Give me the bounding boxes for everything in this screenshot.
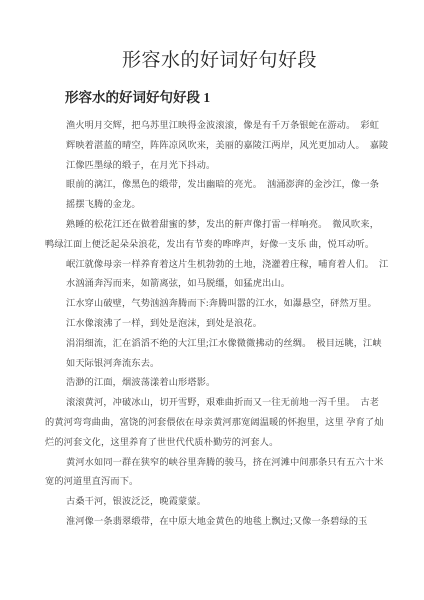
text-line: 古桑干河，银波泛泛，晚霞蒙蒙。 [45, 492, 394, 512]
text-line: 黄河水如同一群在狭窄的峡谷里奔腾的骏马，挤在河滩中间那条只有五六十米 [45, 453, 394, 473]
text-line: 浩渺的江面，烟波荡漾着山形塔影。 [45, 373, 394, 393]
text-line: 眼前的漓江，像黑色的缎带，发出幽暗的亮光。 汹涌澎湃的金沙江，像一条 [45, 175, 394, 195]
text-line: 江水穿山破壁，气势汹汹奔腾而下:奔腾叫嚣的江水，如瀑悬空，砰然万里。 [45, 294, 394, 314]
text-line: 淮河像一条翡翠缎带，在中原大地金黄色的地毯上飘过;又像一条碧绿的玉 [45, 512, 394, 532]
text-line: 如天际银河奔流东去。 [45, 354, 394, 374]
text-line: 熟睡的松花江还在做着甜蜜的梦，发出的鼾声像打雷一样响亮。 微风吹来， [45, 215, 394, 235]
text-line: 滚滚黄河，冲破冰山，切开雪野，艰难曲折而又一往无前地一泻千里。 古老 [45, 393, 394, 413]
text-line: 涓涓细流，汇在滔滔不绝的大江里;江水像微微拂动的丝绸。 极目远眺，江峡 [45, 334, 394, 354]
text-line: 辉映着湛蓝的晴空，阵阵凉风吹来，美丽的嘉陵江两岸，风光更加动人。 嘉陵 [45, 136, 394, 156]
text-line: 宽的河道里直泻而下。 [45, 472, 394, 492]
text-line: 渔火明月交辉，把乌苏里江映得金波滚滚，像是有千万条银蛇在游动。 彩虹 [45, 116, 394, 136]
text-line: 岷江就像母亲一样养育着这片生机勃勃的土地，浇灌着庄稼，哺育着人们。 江 [45, 255, 394, 275]
document-body: 渔火明月交辉，把乌苏里江映得金波滚滚，像是有千万条银蛇在游动。 彩虹 辉映着湛蓝… [45, 116, 394, 532]
text-line: 江像匹墨绿的缎子，在月光下抖动。 [45, 156, 394, 176]
text-line: 摇摆飞腾的金龙。 [45, 195, 394, 215]
document-page: 形容水的好词好句好段 形容水的好词好句好段 1 渔火明月交辉，把乌苏里江映得金波… [0, 0, 424, 600]
text-line: 的黄河弯弯曲曲，富饶的河套偎依在母亲黄河那宽阔温暖的怀抱里，这里 孕育了灿 [45, 413, 394, 433]
text-line: 水汹涌奔泻而来，如箭离弦，如马脱缰，如猛虎出山。 [45, 274, 394, 294]
text-line: 江水像滚沸了一样，到处是泡沫，到处是浪花。 [45, 314, 394, 334]
section-heading: 形容水的好词好句好段 1 [65, 88, 394, 107]
text-line: 鸭绿江面上便泛起朵朵浪花，发出有节奏的哗哗声，好像一支乐 曲，悦耳动听。 [45, 235, 394, 255]
text-line: 烂的河套文化，这里养育了世世代代质朴勤劳的河套人。 [45, 433, 394, 453]
document-title: 形容水的好词好句好段 [45, 0, 394, 74]
